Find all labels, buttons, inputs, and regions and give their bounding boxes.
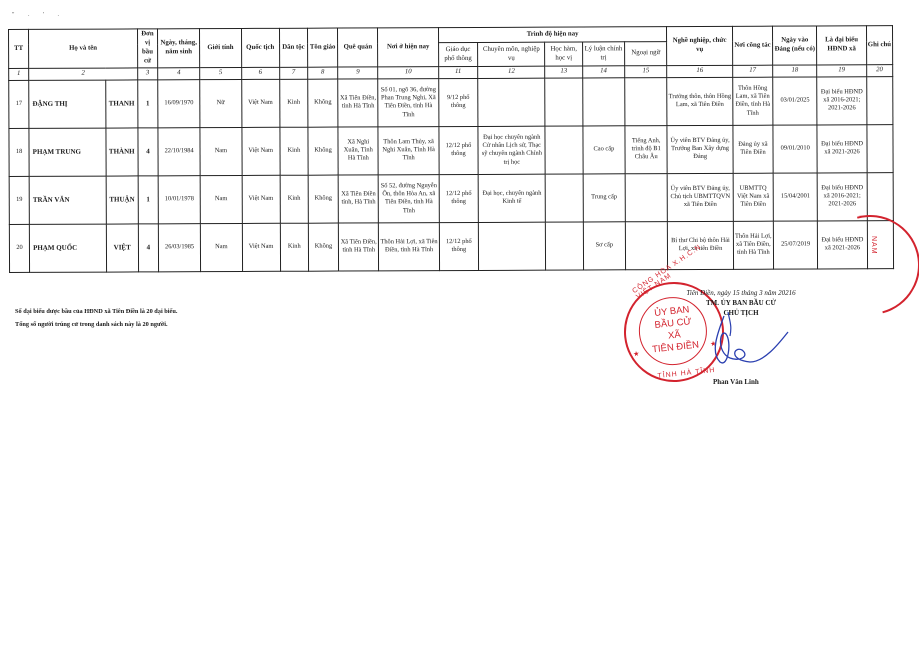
cell-ethnicity: Kinh [280,175,308,223]
cell-residence: Thôn Lam Thủy, xã Nghi Xuân, Tỉnh Hà Tĩn… [378,126,439,174]
cell-professional: Đại học chuyên ngành Cử nhân Lịch sử, Th… [478,126,546,174]
cell-academic-title [545,78,582,126]
cell-workplace: Thôn Hồng Lam, xã Tiên Điền, tỉnh Hà Tĩn… [732,77,772,125]
col-num: 19 [817,65,866,77]
cell-academic-title [546,174,583,222]
cell-foreign-language: Tiếng Anh, trình độ B1 Châu Âu [625,125,668,173]
cell-ethnicity: Kinh [280,127,308,175]
cell-electoral-unit: 4 [138,128,158,176]
cell-religion: Không [308,223,338,271]
cell-religion: Không [308,175,338,223]
note-total-winners: Tổng số người trúng cử trong danh sách n… [15,318,177,331]
cell-ethnicity: Kinh [280,223,308,271]
cell-foreign-language [625,221,668,269]
col-num: 8 [308,67,338,79]
footer-notes: Số đại biểu được bầu của HĐND xã Tiên Đi… [15,305,177,331]
cell-academic-title [545,126,582,174]
signing-organization: TM. ỦY BAN BẦU CỬ [676,298,806,308]
cell-given-name: THUẬN [106,176,138,224]
col-num: 15 [625,66,667,78]
header-foreign-language: Ngoại ngữ [625,42,667,66]
header-academic-title: Học hàm, học vị [545,42,582,66]
cell-professional: Đại học, chuyên ngành Kinh tế [478,174,546,222]
cell-general-education: 12/12 phổ thông [439,174,478,222]
col-num: 11 [438,66,477,78]
cell-workplace: UBMTTQ Việt Nam xã Tiên Điền [733,173,773,221]
header-electoral-unit: Đơn vị bầu cử [137,29,157,68]
cell-political-theory [582,78,624,126]
cell-tt: 19 [9,176,29,224]
cell-hometown: Xã Tiên Điền tỉnh, Hà Tĩnh [338,175,378,223]
col-num: 7 [279,67,307,79]
table-row: 18 PHẠM TRUNG THÀNH 4 22/10/1984 Nam Việ… [9,124,893,176]
col-num: 18 [773,65,817,77]
cell-council-member: Đại biểu HĐND xã 2016-2021; 2021-2026 [817,173,867,221]
cell-tt: 20 [9,224,29,272]
header-occupation: Nghề nghiệp, chức vụ [667,26,733,65]
page-marks: " . ' . [12,12,65,18]
cell-given-name: VIỆT [106,224,138,272]
cell-political-theory: Cao cấp [583,126,625,174]
header-hometown: Quê quán [338,28,378,67]
cell-general-education: 12/12 phổ thông [439,222,478,270]
handwritten-signature-icon [680,312,790,372]
header-full-name: Họ và tên [29,29,138,68]
cell-residence: Số 52, đường Nguyễn Ôn, thôn Hòa An, xã … [379,174,440,222]
col-num: 9 [338,67,378,79]
cell-political-theory: Sơ cấp [583,222,625,270]
col-num: 17 [732,65,772,77]
cell-party-join-date: 15/04/2001 [773,173,817,221]
cell-professional [478,222,546,270]
cell-council-member: Đại biểu HĐND xã 2021-2026 [817,125,867,173]
cell-dob: 22/10/1984 [158,127,200,175]
cell-general-education: 12/12 phổ thông [439,126,478,174]
header-religion: Tôn giáo [307,28,337,67]
cell-given-name: THANH [105,80,137,128]
col-num: 5 [200,67,241,79]
cell-ethnicity: Kinh [279,79,307,127]
cell-notes [866,76,893,124]
col-num: 10 [378,67,438,79]
elected-members-table: TT Họ và tên Đơn vị bầu cử Ngày, tháng, … [8,25,894,273]
cell-occupation: Trưởng thôn, thôn Hồng Lam, xã Tiên Điền [667,77,733,125]
col-num: 16 [667,65,732,77]
cell-electoral-unit: 4 [138,224,158,272]
header-council-member: Là đại biểu HĐND xã [817,26,866,65]
cell-given-name: THÀNH [106,128,138,176]
cell-hometown: Xã Tiên Điền, tỉnh Hà Tĩnh [338,79,378,127]
col-num: 1 [9,68,29,80]
cell-foreign-language [625,77,668,125]
partial-seal-text: NAM [870,236,877,255]
cell-council-member: Đại biểu HĐND xã 2016-2021; 2021-2026 [817,77,867,125]
cell-foreign-language [625,173,668,221]
cell-tt: 17 [9,80,29,128]
cell-surname: PHẠM TRUNG [29,128,106,176]
cell-surname: PHẠM QUỐC [29,224,106,272]
col-num: 20 [866,65,892,77]
cell-gender: Nam [200,175,241,223]
header-tt: TT [9,29,29,68]
cell-gender: Nữ [200,79,241,127]
cell-religion: Không [308,79,338,127]
header-notes: Ghi chú [866,26,893,65]
header-dob: Ngày, tháng, năm sinh [157,29,199,68]
table-row: 17 ĐẶNG THỊ THANH 1 16/09/1970 Nữ Việt N… [9,76,893,128]
cell-notes [867,172,894,220]
cell-notes [867,124,894,172]
cell-occupation: Ủy viên BTV Đảng ủy, Trưởng Ban Xây dựng… [667,125,733,173]
cell-professional [478,78,546,126]
cell-nationality: Việt Nam [242,175,280,223]
header-residence: Nơi ở hiện nay [378,28,439,67]
cell-residence: Số 01, ngõ 36, đường Phan Trung Nghi, Xã… [378,78,439,126]
cell-dob: 26/03/1985 [158,223,200,271]
header-ethnicity: Dân tộc [279,28,307,67]
header-professional: Chuyên môn, nghiệp vụ [478,42,546,66]
cell-nationality: Việt Nam [241,127,279,175]
header-party-join-date: Ngày vào Đảng (nếu có) [773,26,817,65]
cell-academic-title [546,222,583,270]
cell-party-join-date: 25/07/2019 [773,221,817,269]
cell-gender: Nam [200,127,241,175]
signer-name: Phan Văn Linh [713,378,759,386]
cell-religion: Không [308,127,338,175]
cell-electoral-unit: 1 [138,176,158,224]
cell-workplace: Thôn Hải Lợi, xã Tiên Điền, tỉnh Hà Tĩnh [733,221,773,269]
header-workplace: Nơi công tác [732,26,772,65]
cell-electoral-unit: 1 [138,80,158,128]
cell-dob: 16/09/1970 [158,79,200,127]
col-num: 6 [241,67,279,79]
note-elected-count: Số đại biểu được bầu của HĐND xã Tiên Đi… [15,305,177,318]
place-date: Tiên Điền, ngày 15 tháng 3 năm 20216 [676,288,806,298]
header-general-education: Giáo dục phổ thông [438,42,477,66]
header-political-theory: Lý luận chính trị [582,42,624,66]
col-num: 14 [582,66,624,78]
header-gender: Giới tính [200,28,241,67]
col-num: 4 [158,68,200,80]
cell-dob: 10/01/1978 [158,175,200,223]
cell-residence: Thôn Hải Lợi, xã Tiên Điền, tỉnh Hà Tĩnh [379,222,440,270]
cell-tt: 18 [9,128,29,176]
cell-party-join-date: 03/01/2025 [773,77,817,125]
col-num: 12 [478,66,545,78]
cell-gender: Nam [201,223,242,271]
header-nationality: Quốc tịch [241,28,279,67]
col-num: 13 [545,66,582,78]
col-num: 3 [138,68,158,80]
header-education-group: Trình độ hiện nay [438,27,667,43]
cell-party-join-date: 09/01/2010 [773,125,817,173]
cell-hometown: Xã Tiên Điền, tỉnh Hà Tĩnh [338,223,378,271]
star-icon: ★ [633,350,640,359]
col-num: 2 [29,68,138,80]
cell-political-theory: Trung cấp [583,174,625,222]
cell-occupation: Ủy viên BTV Đảng ủy, Chủ tịch UBMTTQVN x… [667,173,733,221]
cell-general-education: 9/12 phổ thông [439,78,478,126]
cell-surname: TRẦN VĂN [29,176,106,224]
cell-workplace: Đảng ủy xã Tiên Điền [733,125,773,173]
cell-hometown: Xã Nghi Xuân, Tỉnh Hà Tĩnh [338,127,378,175]
table-row: 20 PHẠM QUỐC VIỆT 4 26/03/1985 Nam Việt … [9,220,893,272]
cell-nationality: Việt Nam [242,223,280,271]
cell-surname: ĐẶNG THỊ [29,80,106,128]
table-row: 19 TRẦN VĂN THUẬN 1 10/01/1978 Nam Việt … [9,172,893,224]
cell-nationality: Việt Nam [241,79,279,127]
